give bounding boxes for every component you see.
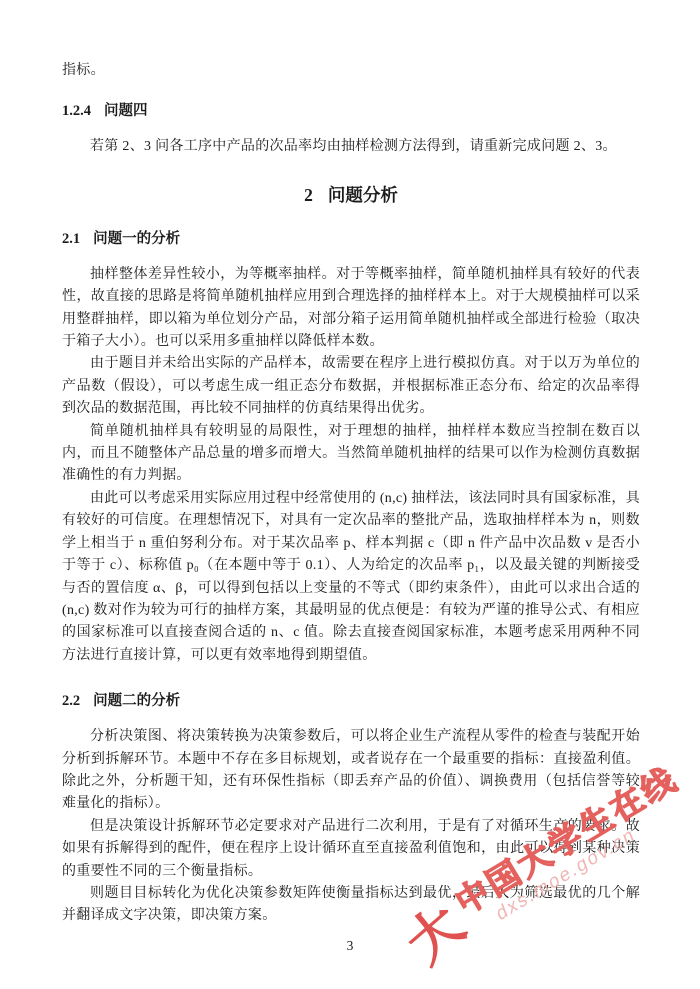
section-1-2-4-heading: 1.2.4问题四 (62, 101, 640, 121)
page-content: 指标。 1.2.4问题四 若第 2、3 问各工序中产品的次品率均由抽样检测方法得… (62, 60, 640, 928)
section-2-2-heading: 2.2问题二的分析 (62, 691, 640, 711)
section-title: 问题二的分析 (93, 693, 180, 709)
section-2-1-paragraph-1: 抽样整体差异性较小，为等概率抽样。对于等概率抽样，简单随机抽样具有较好的代表性，… (62, 264, 640, 354)
section-title: 问题四 (104, 103, 148, 119)
section-number: 2.1 (62, 231, 80, 247)
chapter-title: 问题分析 (328, 185, 398, 205)
chapter-number: 2 (304, 185, 313, 205)
leftover-paragraph: 指标。 (62, 60, 640, 82)
document-page: 指标。 1.2.4问题四 若第 2、3 问各工序中产品的次品率均由抽样检测方法得… (0, 0, 700, 989)
section-2-2-paragraph-3: 则题目目标转化为优化决策参数矩阵使衡量指标达到最优，最后人为筛选最优的几个解并翻… (62, 883, 640, 928)
page-number: 3 (0, 938, 700, 954)
section-2-1-paragraph-4: 由此可以考虑采用实际应用过程中经常使用的 (n,c) 抽样法，该法同时具有国家标… (62, 488, 640, 667)
section-title: 问题一的分析 (93, 231, 180, 247)
section-number: 2.2 (62, 693, 80, 709)
section-number: 1.2.4 (62, 103, 91, 119)
section-2-1-heading: 2.1问题一的分析 (62, 229, 640, 249)
section-2-1-paragraph-3: 简单随机抽样具有较明显的局限性，对于理想的抽样，抽样样本数应当控制在数百以内，而… (62, 421, 640, 488)
section-2-2-paragraph-2: 但是决策设计拆解环节必定要求对产品进行二次利用，于是有了对循环生产的要求。故如果… (62, 816, 640, 883)
section-2-2-paragraph-1: 分析决策图、将决策转换为决策参数后，可以将企业生产流程从零件的检查与装配开始分析… (62, 726, 640, 816)
section-1-2-4-paragraph: 若第 2、3 问各工序中产品的次品率均由抽样检测方法得到，请重新完成问题 2、3… (62, 136, 640, 158)
chapter-2-heading: 2问题分析 (62, 183, 640, 207)
section-2-1-paragraph-2: 由于题目并未给出实际的产品样本，故需要在程序上进行模拟仿真。对于以万为单位的产品… (62, 353, 640, 420)
